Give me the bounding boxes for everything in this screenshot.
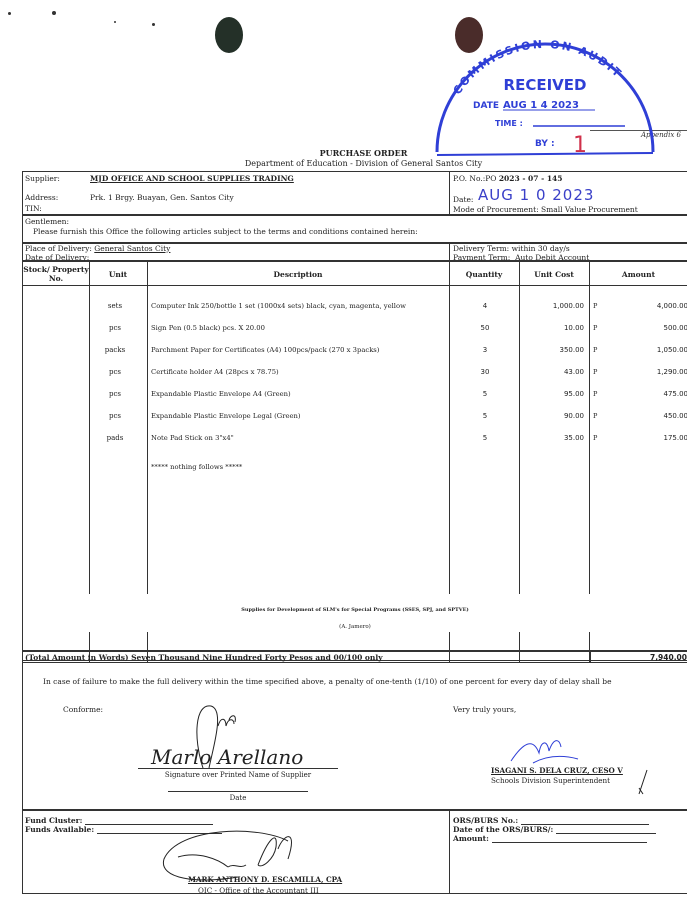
items-table: Stock/ Property No. Unit Description Qua…: [22, 261, 687, 661]
currency-symbol: P: [593, 318, 605, 338]
fund-cluster-label: Fund Cluster:: [25, 816, 82, 825]
po-number-prefix: PO: [485, 174, 496, 183]
item-unit: pcs: [83, 362, 147, 382]
item-amount: 4,000.00: [605, 296, 687, 316]
funds-available: Funds Available:: [25, 825, 222, 834]
funds-section: Fund Cluster: Funds Available: MARK ANTH…: [22, 811, 687, 894]
gentlemen-text: Please furnish this Office the following…: [33, 227, 418, 236]
header-unit-cost: Unit Cost: [519, 262, 589, 286]
supplier-section: Supplier: MJD OFFICE AND SCHOOL SUPPLIES…: [22, 171, 687, 215]
ors-no-field[interactable]: [521, 817, 649, 825]
stamp-received: RECEIVED: [504, 76, 587, 94]
table-row: pcsExpandable Plastic Envelope Legal (Gr…: [23, 406, 687, 426]
ors-date-field[interactable]: [556, 826, 656, 834]
po-number-label: P.O. No.:: [453, 174, 485, 183]
supplier-address: Prk. 1 Brgy. Buayan, Gen. Santos City: [90, 193, 234, 202]
delivery-term: Delivery Term: within 30 day/s: [453, 244, 570, 253]
scan-speck: [114, 21, 116, 23]
date-signature-line: [168, 791, 308, 792]
item-quantity: 5: [450, 428, 520, 448]
closing-label: Very truly yours,: [453, 705, 516, 714]
currency-symbol: P: [593, 406, 605, 426]
scan-speck: [8, 12, 11, 15]
official-name: ISAGANI S. DELA CRUZ, CESO V: [491, 766, 623, 775]
scan-speck: [52, 11, 56, 15]
document-title: PURCHASE ORDER: [0, 148, 687, 158]
currency-symbol: P: [593, 428, 605, 448]
official-title: Schools Division Superintendent: [491, 776, 610, 785]
item-unit-cost: 90.00: [520, 406, 584, 426]
purpose-note: Supplies for Development of SLM's for Sp…: [23, 607, 687, 613]
penalty-clause: In case of failure to make the full deli…: [43, 677, 612, 686]
total-row: (Total Amount in Words) Seven Thousand N…: [22, 650, 687, 663]
item-description: Certificate holder A4 (28pcs x 78.75): [151, 362, 451, 382]
item-quantity: 5: [450, 406, 520, 426]
table-row: pcsExpandable Plastic Envelope A4 (Green…: [23, 384, 687, 404]
stamp-time-label: TIME :: [495, 119, 523, 128]
table-row: setsComputer Ink 250/bottle 1 set (1000x…: [23, 296, 687, 316]
nothing-follows: ***** nothing follows *****: [151, 457, 451, 477]
ors-no-label: ORS/BURS No.:: [453, 816, 518, 825]
item-quantity: 5: [450, 384, 520, 404]
ors-amount-field[interactable]: [492, 835, 647, 843]
total-words-value: Seven Thousand Nine Hundred Forty Pesos …: [131, 653, 382, 662]
item-quantity: 3: [450, 340, 520, 360]
ors-amount: Amount:: [453, 834, 647, 843]
requester-note: (A. Jamero): [23, 624, 687, 630]
accountant-title: OIC - Office of the Accountant III: [198, 886, 319, 895]
gentlemen-section: Gentlemen: Please furnish this Office th…: [22, 215, 687, 243]
supplier-signature-label: Signature over Printed Name of Supplier: [148, 771, 328, 779]
place-of-delivery: Place of Delivery: General Santos City: [25, 244, 170, 253]
item-unit-cost: 350.00: [520, 340, 584, 360]
item-amount: 475.00: [605, 384, 687, 404]
punch-hole: [455, 17, 483, 53]
currency-symbol: P: [593, 384, 605, 404]
scan-speck: [152, 23, 155, 26]
total-in-words: (Total Amount in Words) Seven Thousand N…: [25, 653, 383, 662]
item-amount: 450.00: [605, 406, 687, 426]
item-description: Note Pad Stick on 3"x4": [151, 428, 451, 448]
header-stock: Stock/ Property No.: [23, 262, 89, 286]
item-unit: sets: [83, 296, 147, 316]
item-amount: 1,290.00: [605, 362, 687, 382]
table-row: padsNote Pad Stick on 3"x4"535.00P175.00: [23, 428, 687, 448]
ors-date-label: Date of the ORS/BURS/:: [453, 825, 553, 834]
total-amount: 7,940.00: [650, 653, 687, 662]
divider: [449, 244, 450, 260]
header-description: Description: [147, 262, 449, 286]
table-header-row: Stock/ Property No. Unit Description Qua…: [23, 262, 687, 286]
item-amount: 500.00: [605, 318, 687, 338]
item-unit-cost: 10.00: [520, 318, 584, 338]
punch-hole: [215, 17, 243, 53]
header-quantity: Quantity: [449, 262, 519, 286]
place-value: General Santos City: [94, 244, 170, 253]
nothing-follows-row: ***** nothing follows *****: [23, 457, 687, 477]
supplier-name: MJD OFFICE AND SCHOOL SUPPLIES TRADING: [90, 174, 294, 183]
procurement-mode-value: Small Value Procurement: [541, 205, 638, 214]
item-unit: pads: [83, 428, 147, 448]
item-description: Expandable Plastic Envelope Legal (Green…: [151, 406, 451, 426]
currency-symbol: P: [593, 340, 605, 360]
item-unit-cost: 35.00: [520, 428, 584, 448]
document-subtitle: Department of Education - Division of Ge…: [0, 159, 687, 168]
currency-symbol: P: [593, 362, 605, 382]
item-amount: 175.00: [605, 428, 687, 448]
conforme-label: Conforme:: [63, 705, 103, 714]
item-unit-cost: 95.00: [520, 384, 584, 404]
procurement-mode-label: Mode of Procurement:: [453, 205, 539, 214]
fund-cluster-field[interactable]: [85, 817, 213, 825]
item-quantity: 50: [450, 318, 520, 338]
supplier-signature-name: Marlo Arellano: [151, 745, 303, 769]
item-description: Parchment Paper for Certificates (A4) 10…: [151, 340, 451, 360]
item-description: Sign Pen (0.5 black) pcs. X 20.00: [151, 318, 451, 338]
ors-no: ORS/BURS No.:: [453, 816, 649, 825]
delivery-term-label: Delivery Term:: [453, 244, 509, 253]
funds-available-label: Funds Available:: [25, 825, 94, 834]
table-row: pcsSign Pen (0.5 black) pcs. X 20.005010…: [23, 318, 687, 338]
po-number: P.O. No.:PO 2023 - 07 - 145: [453, 174, 562, 183]
item-quantity: 4: [450, 296, 520, 316]
place-label: Place of Delivery:: [25, 244, 92, 253]
item-unit-cost: 43.00: [520, 362, 584, 382]
item-quantity: 30: [450, 362, 520, 382]
tin-label: TIN:: [25, 204, 42, 213]
item-unit: pcs: [83, 318, 147, 338]
item-unit-cost: 1,000.00: [520, 296, 584, 316]
supplier-signature-line: [138, 768, 338, 769]
divider: [449, 172, 450, 214]
ors-amount-label: Amount:: [453, 834, 489, 843]
header-amount: Amount: [589, 262, 687, 286]
item-description: Computer Ink 250/bottle 1 set (1000x4 se…: [151, 296, 451, 316]
po-number-value: 2023 - 07 - 145: [499, 174, 563, 183]
delivery-section: Place of Delivery: General Santos City D…: [22, 243, 687, 261]
item-unit: packs: [83, 340, 147, 360]
terms-section: In case of failure to make the full deli…: [22, 663, 687, 811]
delivery-term-value: within 30 day/s: [512, 244, 570, 253]
stamp-date-label: DATE: [473, 101, 499, 111]
ors-date: Date of the ORS/BURS/:: [453, 825, 656, 834]
po-date-label: Date:: [453, 195, 473, 204]
total-words-label: (Total Amount in Words): [25, 653, 129, 662]
fund-cluster: Fund Cluster:: [25, 816, 213, 825]
table-row: packsParchment Paper for Certificates (A…: [23, 340, 687, 360]
accountant-name: MARK ANTHONY D. ESCAMILLA, CPA: [188, 875, 342, 884]
item-unit: pcs: [83, 406, 147, 426]
appendix-label: Appendix 6: [641, 131, 681, 139]
address-label: Address:: [25, 193, 58, 202]
stamp-date: AUG 1 4 2023: [503, 100, 579, 111]
item-description: Expandable Plastic Envelope A4 (Green): [151, 384, 451, 404]
supplier-label: Supplier:: [25, 174, 60, 183]
gentlemen-label: Gentlemen:: [25, 217, 69, 226]
procurement-mode: Mode of Procurement: Small Value Procure…: [453, 205, 638, 214]
date-label: Date: [168, 794, 308, 802]
table-row: pcsCertificate holder A4 (28pcs x 78.75)…: [23, 362, 687, 382]
divider: [590, 652, 591, 662]
item-amount: 1,050.00: [605, 340, 687, 360]
currency-symbol: P: [593, 296, 605, 316]
divider: [449, 811, 450, 893]
item-unit: pcs: [83, 384, 147, 404]
funds-available-field[interactable]: [97, 826, 222, 834]
initials-mark: [633, 768, 653, 798]
po-date-handwritten: AUG 1 0 2023: [478, 186, 594, 204]
header-unit: Unit: [89, 262, 147, 286]
